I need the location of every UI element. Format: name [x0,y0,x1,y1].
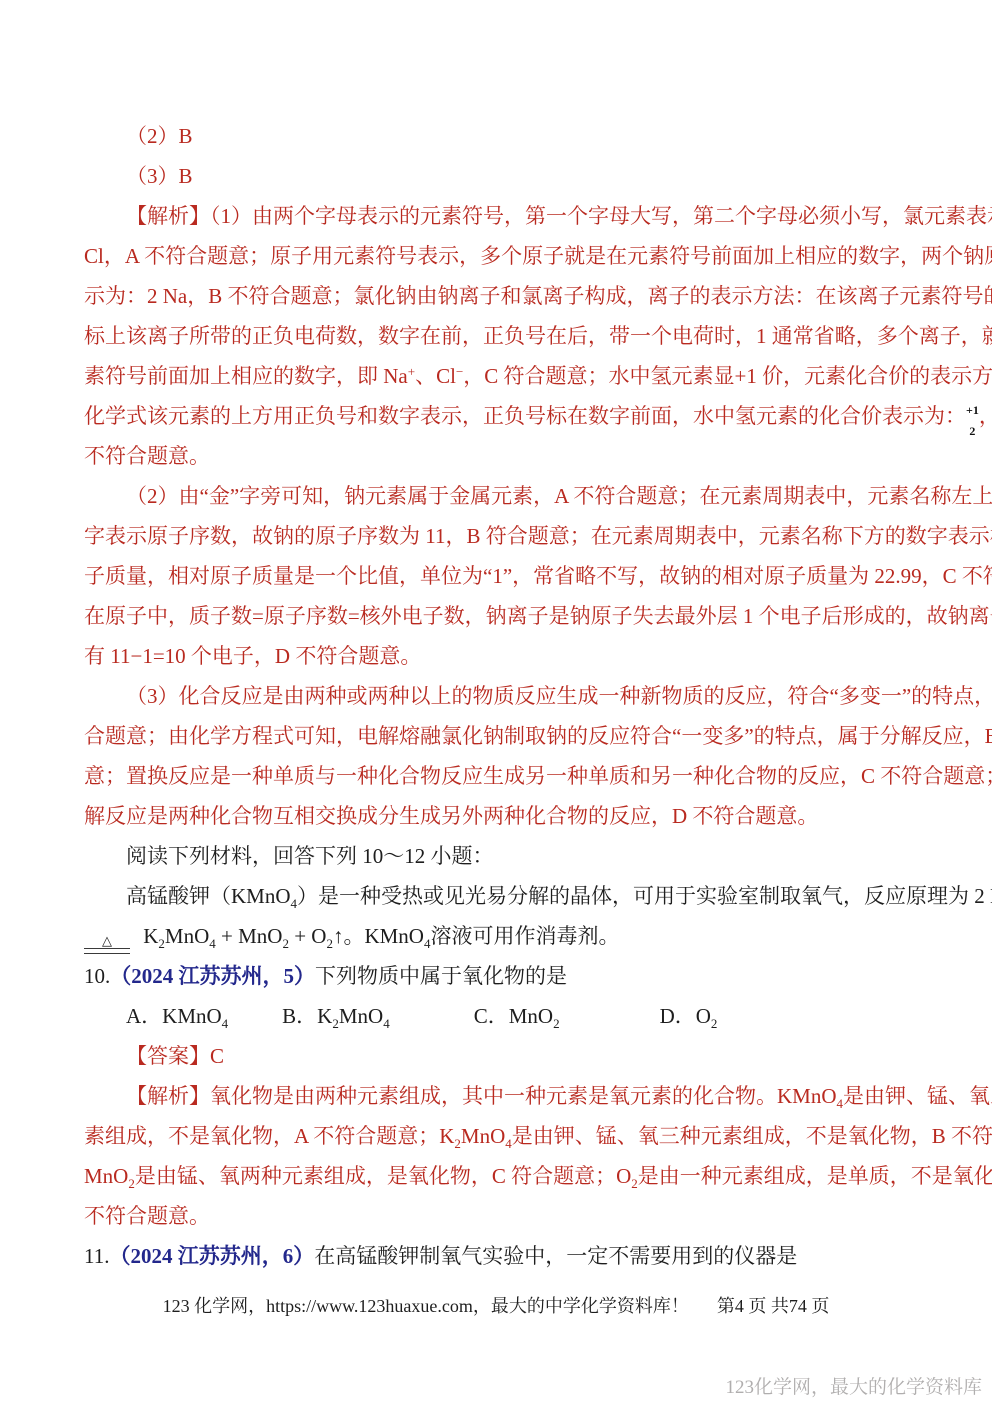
sup-text: + [408,364,415,379]
analysis2-line4: 在原子中，质子数=原子序数=核外电子数，钠离子是钠原子失去最外层 1 个电子后形… [84,596,908,636]
text-run: 是由钾、锰、氧三种元素组成，不是氧化物，B 不符合题意； [512,1124,992,1148]
analysis3-line2: 合题意；由化学方程式可知，电解熔融氯化钠制取钠的反应符合“一变多”的特点，属于分… [84,716,908,756]
text-run: 【答案】C [126,1044,224,1068]
analysis3-line4: 解反应是两种化合物互相交换成分生成另外两种化合物的反应，D 不符合题意。 [84,796,908,836]
text-run: （3）化合反应是由两种或两种以上的物质反应生成一种新物质的反应，符合“多变一”的… [126,684,992,708]
text-run: 子质量，相对原子质量是一个比值，单位为“1”，常省略不写，故钠的相对原子质量为 … [84,564,992,588]
analysis1-line7: 不符合题意。 [84,436,908,476]
analysis3-line1: （3）化合反应是由两种或两种以上的物质反应生成一种新物质的反应，符合“多变一”的… [84,676,908,716]
text-run: 合题意；由化学方程式可知，电解熔融氯化钠制取钠的反应符合“一变多”的特点，属于分… [84,724,992,748]
valence-notation: +12 [966,405,979,436]
text-run: （2）B [126,124,193,148]
sub-text: 2 [969,424,975,438]
page-footer: 123 化学网，https://www.123huaxue.com，最大的中学化… [0,1292,992,1318]
text-run: 意；置换反应是一种单质与一种化合物反应生成另一种单质和另一种化合物的反应，C 不… [84,764,992,788]
text-run: （3）B [126,164,193,188]
analysis-10-line2: 素组成，不是氧化物，A 不符合题意；K2MnO4是由钾、锰、氧三种元素组成，不是… [84,1116,908,1156]
text-run: 素符号前面加上相应的数字，即 Na [84,364,408,388]
reading-intro: 阅读下列材料，回答下列 10～12 小题： [84,836,908,876]
analysis1-line5: 素符号前面加上相应的数字，即 Na+、Cl−，C 符合题意；水中氢元素显+1 价… [84,356,908,396]
analysis2-line5: 有 11−1=10 个电子，D 不符合题意。 [84,636,908,676]
text-run: 不符合题意。 [84,444,210,468]
heating-condition-icon: △ [84,934,130,954]
text-run: 不符合题意。 [84,1204,210,1228]
double-line-icon [84,948,130,954]
delta-icon: △ [84,934,130,948]
text-run: 是由锰、氧两种元素组成，是氧化物，C 符合题意；O [135,1164,631,1188]
text-run: 示为：2 Na，B 不符合题意；氯化钠由钠离子和氯离子构成，离子的表示方法：在该… [84,284,992,308]
option-spacer [228,1022,282,1023]
text-run: 素组成，不是氧化物，A 不符合题意；K [84,1124,454,1148]
answer-10: 【答案】C [84,1036,908,1076]
text-run: D．O [660,1004,711,1028]
sub-text: 4 [383,1016,390,1031]
analysis-10-line1: 【解析】氧化物是由两种元素组成，其中一种元素是氧元素的化合物。KMnO4是由钾、… [84,1076,908,1116]
text-run: ）是一种受热或见光易分解的晶体，可用于实验室制取氧气，反应原理为 2 KMnO [297,884,992,908]
analysis-10-line3: MnO2是由锰、氧两种元素组成，是氧化物，C 符合题意；O2是由一种元素组成，是… [84,1156,908,1196]
text-run: 阅读下列材料，回答下列 10～12 小题： [126,844,494,868]
text-run: MnO [339,1004,383,1028]
analysis-10-line4: 不符合题意。 [84,1196,908,1236]
text-run: ，C 符合题意；水中氢元素显+1 价，元素化合价的表示方法是在 [463,364,992,388]
analysis1-line6: 化学式该元素的上方用正负号和数字表示，正负号标在数字前面，水中氢元素的化合价表示… [84,396,908,436]
text-run: 10. [84,964,110,988]
exam-citation: （2024 江苏苏州，6） [109,1244,314,1268]
text-run: 标上该离子所带的正负电荷数，数字在前，正负号在后，带一个电荷时，1 通常省略，多… [84,324,992,348]
text-run: 化学式该元素的上方用正负号和数字表示，正负号标在数字前面，水中氢元素的化合价表示… [84,404,966,428]
sub-text: 2 [711,1016,718,1031]
question-11: 11.（2024 江苏苏州，6）在高锰酸钾制氧气实验中，一定不需要用到的仪器是 [84,1236,908,1276]
text-run: MnO [165,924,209,948]
text-run: MnO [84,1164,128,1188]
analysis2-line2: 字表示原子序数，故钠的原子序数为 11，B 符合题意；在元素周期表中，元素名称下… [84,516,908,556]
analysis2-line1: （2）由“金”字旁可知，钠元素属于金属元素，A 不符合题意；在元素周期表中，元素… [84,476,908,516]
text-run: 是由一种元素组成，是单质，不是氧化物，D [638,1164,992,1188]
text-run: A．KMnO [126,1004,222,1028]
text-run: Cl，A 不符合题意；原子用元素符号表示，多个原子就是在元素符号前面加上相应的数… [84,244,992,268]
question-10: 10.（2024 江苏苏州，5）下列物质中属于氧化物的是 [84,956,908,996]
text-run: 在原子中，质子数=原子序数=核外电子数，钠离子是钠原子失去最外层 1 个电子后形… [84,604,992,628]
analysis1-line2: Cl，A 不符合题意；原子用元素符号表示，多个原子就是在元素符号前面加上相应的数… [84,236,908,276]
text-run: 是由钾、锰、氧三种元 [843,1084,992,1108]
text-run: ，D [979,404,992,428]
text-run: K [138,924,158,948]
material-line2-equation: △ K2MnO4 + MnO2 + O2↑。KMnO4溶液可用作消毒剂。 [84,916,908,956]
answer-sub2: （2）B [84,116,908,156]
footer-page-number: 第4 页 共74 页 [717,1296,830,1316]
formula-text: 2 [966,416,979,436]
text-run: 【解析】氧化物是由两种元素组成，其中一种元素是氧元素的化合物。KMnO [126,1084,837,1108]
analysis3-line3: 意；置换反应是一种单质与一种化合物反应生成另一种单质和另一种化合物的反应，C 不… [84,756,908,796]
text-run: 下列物质中属于氧化物的是 [315,964,567,988]
text-run: 字表示原子序数，故钠的原子序数为 11，B 符合题意；在元素周期表中，元素名称下… [84,524,992,548]
text-run: 【解析】（1）由两个字母表示的元素符号，第一个字母大写，第二个字母必须小写，氯元… [126,204,992,228]
text-run: 溶液可用作消毒剂。 [430,924,619,948]
text-run: 有 11−1=10 个电子，D 不符合题意。 [84,644,421,668]
analysis1-line4: 标上该离子所带的正负电荷数，数字在前，正负号在后，带一个电荷时，1 通常省略，多… [84,316,908,356]
analysis1-line1: 【解析】（1）由两个字母表示的元素符号，第一个字母大写，第二个字母必须小写，氯元… [84,196,908,236]
answer-sub3: （3）B [84,156,908,196]
exam-citation: （2024 江苏苏州，5） [110,964,315,988]
text-run: 、Cl [415,364,456,388]
text-run: ↑。KMnO [333,924,424,948]
text-run: B．K [282,1004,332,1028]
option-spacer [560,1022,660,1023]
sub-text: 4 [222,1016,229,1031]
question-10-options: A．KMnO4B．K2MnO4C．MnO2D．O2 [84,996,908,1036]
text-run: 解反应是两种化合物互相交换成分生成另外两种化合物的反应，D 不符合题意。 [84,804,818,828]
text-run: （2）由“金”字旁可知，钠元素属于金属元素，A 不符合题意；在元素周期表中，元素… [126,484,992,508]
document-page: { "page": { "colors": { "red": "#b92a20"… [0,0,992,1403]
text-run: + MnO [216,924,283,948]
text-run: C．MnO [474,1004,553,1028]
analysis1-line3: 示为：2 Na，B 不符合题意；氯化钠由钠离子和氯离子构成，离子的表示方法：在该… [84,276,908,316]
text-run: + O [289,924,327,948]
text-run: 11. [84,1244,109,1268]
watermark: 123化学网，最大的化学资料库 [725,1372,982,1399]
document-body: （2）B（3）B【解析】（1）由两个字母表示的元素符号，第一个字母大写，第二个字… [84,116,908,1276]
option-spacer [390,1022,474,1023]
footer-site-text: 123 化学网，https://www.123huaxue.com，最大的中学化… [163,1296,689,1316]
analysis2-line3: 子质量，相对原子质量是一个比值，单位为“1”，常省略不写，故钠的相对原子质量为 … [84,556,908,596]
text-run: 高锰酸钾（KMnO [126,884,291,908]
valence-value: +1 [966,405,979,416]
text-run: 在高锰酸钾制氧气实验中，一定不需要用到的仪器是 [314,1244,797,1268]
sub-text: 2 [553,1016,560,1031]
text-run: MnO [461,1124,505,1148]
material-line1: 高锰酸钾（KMnO4）是一种受热或见光易分解的晶体，可用于实验室制取氧气，反应原… [84,876,908,916]
